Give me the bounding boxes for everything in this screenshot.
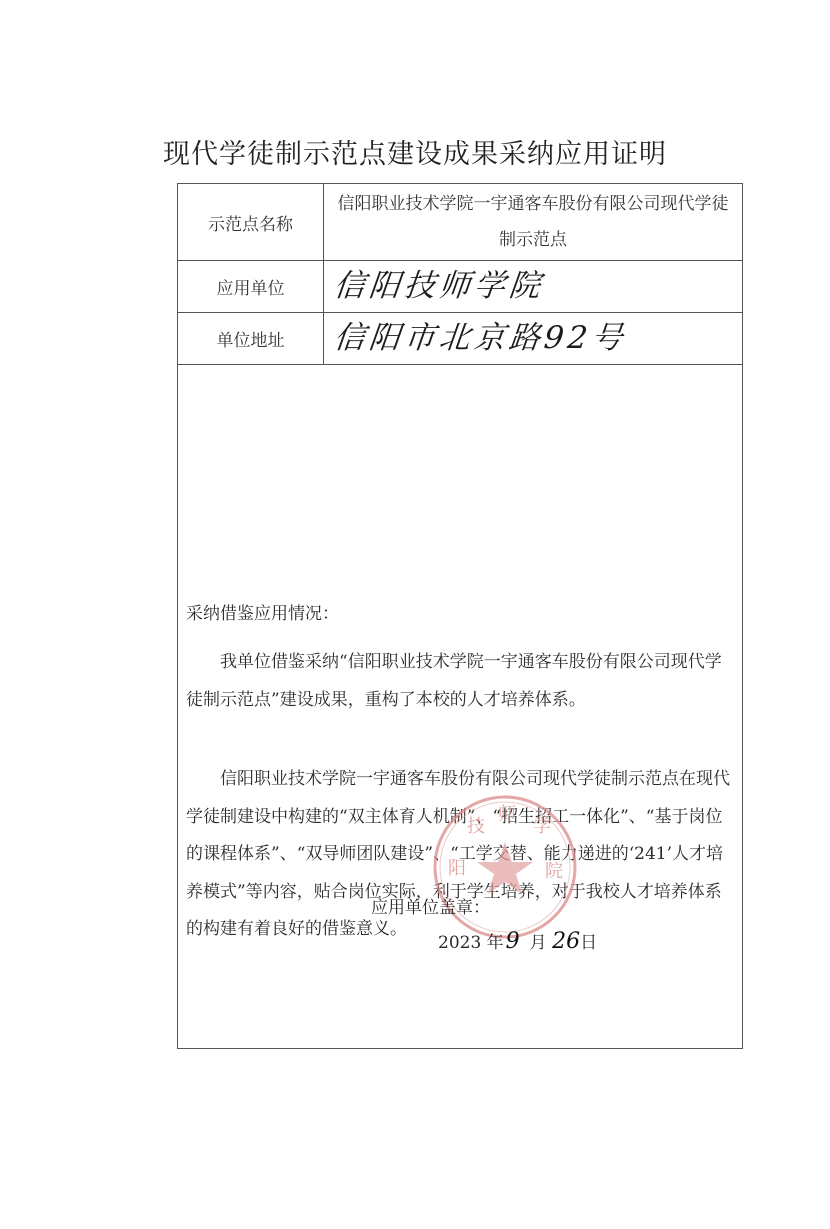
official-seal: 技 师 学 阳 院: [430, 792, 580, 942]
star-icon: [477, 842, 533, 894]
table-row-address: 单位地址 信阳市北京路92号: [178, 312, 742, 365]
svg-text:师: 师: [498, 804, 516, 825]
applicant-label: 应用单位: [178, 260, 324, 312]
table-row-applicant: 应用单位 信阳技师学院: [178, 260, 742, 313]
document-title: 现代学徒制示范点建设成果采纳应用证明: [0, 132, 830, 171]
date-month-handwritten: 9: [506, 929, 520, 954]
svg-text:技: 技: [467, 816, 485, 837]
svg-text:阳: 阳: [448, 858, 466, 879]
sign-date: 2023 年9月 26日: [438, 928, 597, 954]
demo-name-label: 示范点名称: [178, 184, 324, 260]
section-heading: 采纳借鉴应用情况：: [186, 596, 734, 634]
address-value-handwritten: 信阳市北京路92号: [321, 312, 744, 364]
demo-name-value: 信阳职业技术学院一宇通客车股份有限公司现代学徒制示范点: [324, 184, 742, 260]
date-year: 2023: [438, 933, 481, 953]
applicant-value-handwritten: 信阳技师学院: [321, 260, 744, 312]
paragraph-1: 我单位借鉴采纳“信阳职业技术学院一宇通客车股份有限公司现代学徒制示范点”建设成果…: [186, 644, 734, 719]
table-row-demo-name: 示范点名称 信阳职业技术学院一宇通客车股份有限公司现代学徒制示范点: [178, 184, 742, 261]
date-day-suffix: 日: [580, 933, 597, 953]
address-label: 单位地址: [178, 312, 324, 364]
date-month-suffix: 月: [530, 933, 547, 953]
svg-text:院: 院: [545, 861, 563, 882]
svg-text:学: 学: [533, 816, 551, 837]
date-year-suffix: 年: [487, 933, 504, 953]
date-day-handwritten: 26: [552, 929, 580, 954]
seal-label: 应用单位盖章：: [371, 893, 490, 918]
